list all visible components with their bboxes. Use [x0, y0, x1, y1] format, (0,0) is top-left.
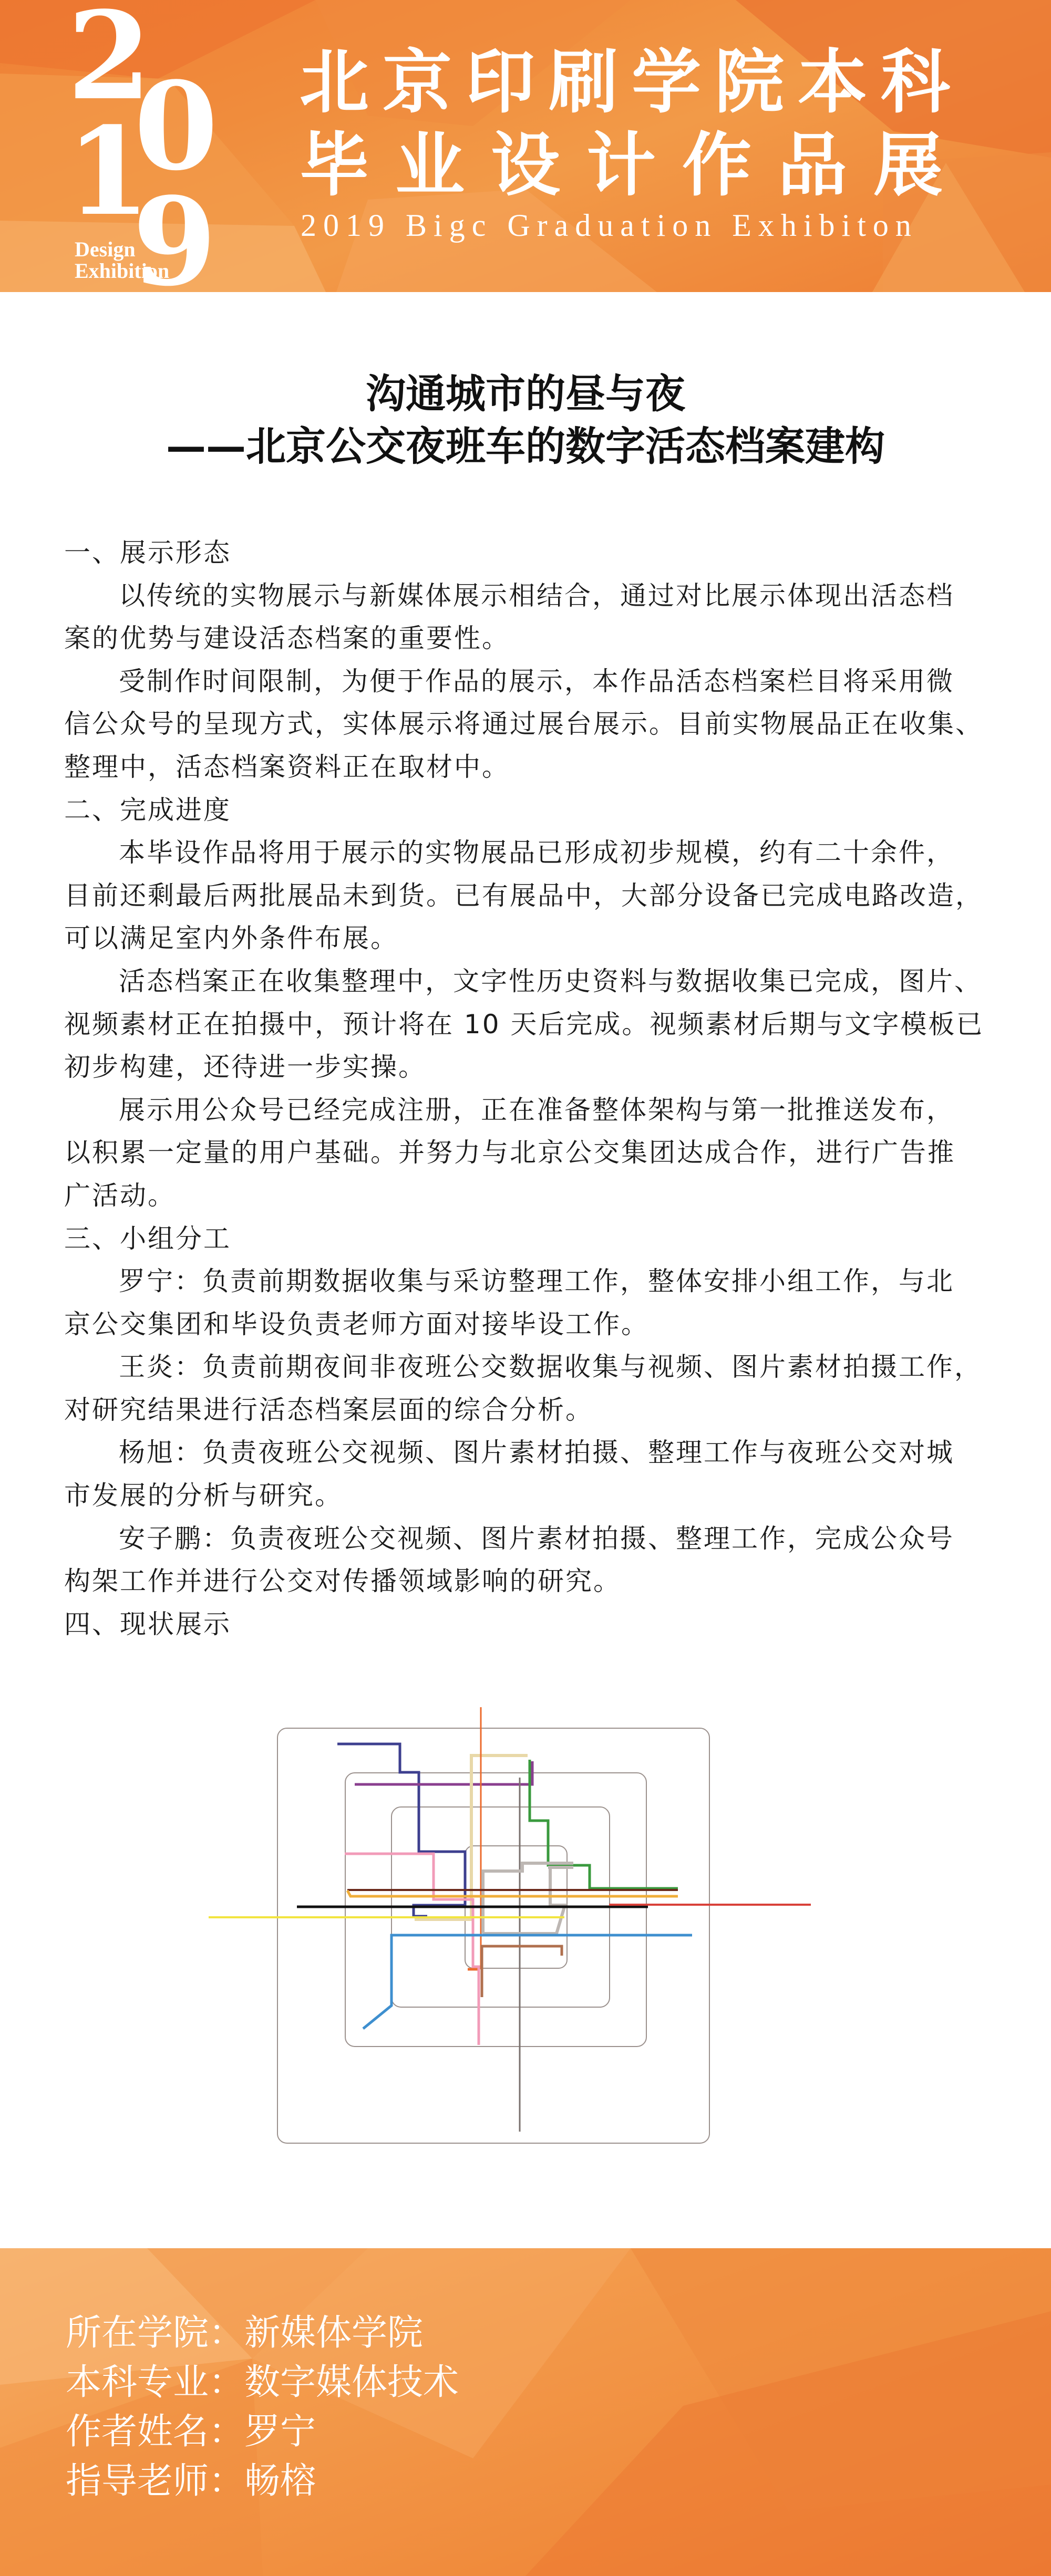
paragraph-line: 安子鹏：负责夜班公交视频、图片素材拍摄、整理工作，完成公众号 — [64, 1518, 1000, 1561]
ring-road-4 — [465, 1846, 567, 1968]
section-heading: 四、现状展示 — [64, 1603, 1000, 1646]
green-line — [530, 1760, 678, 1888]
blue-line — [363, 1935, 692, 2029]
paragraph-line: 目前还剩最后两批展品未到货。已有展品中，大部分设备已完成电路改造， — [64, 875, 1000, 918]
paragraph-line: 受制作时间限制，为便于作品的展示，本作品活态档案栏目将采用微 — [64, 660, 1000, 703]
exhibition-title-line1: 北京印刷学院本科 — [300, 43, 964, 122]
lightgray-loop-line — [483, 1863, 573, 1934]
beige-line — [415, 1756, 528, 1919]
lightgray-loop-line-2 — [483, 1867, 565, 1934]
paragraph-line: 京公交集团和毕设负责老师方面对接毕设工作。 — [64, 1303, 1000, 1346]
section-heading: 二、完成进度 — [64, 789, 1000, 832]
ring-road-3 — [391, 1807, 610, 2007]
paragraph-line: 展示用公众号已经完成注册，正在准备整体架构与第一批推送发布， — [64, 1089, 1000, 1132]
paragraph-line: 案的优势与建设活态档案的重要性。 — [64, 617, 1000, 660]
paragraph-line: 活态档案正在收集整理中，文字性历史资料与数据收集已完成，图片、 — [64, 960, 1000, 1003]
advisor-info: 指导老师：畅榕 — [66, 2457, 459, 2506]
paragraph-line: 以积累一定量的用户基础。并努力与北京公交集团达成合作，进行广告推 — [64, 1131, 1000, 1175]
paragraph-line: 市发展的分析与研究。 — [64, 1474, 1000, 1518]
paragraph-line: 对研究结果进行活态档案层面的综合分析。 — [64, 1389, 1000, 1432]
paragraph-line: 以传统的实物展示与新媒体展示相结合，通过对比展示体现出活态档 — [64, 575, 1000, 618]
project-title-line1: 沟通城市的昼与夜 — [0, 368, 1051, 420]
exhibition-title-line2: 毕业设计作品展 — [300, 126, 969, 205]
navy-line — [337, 1744, 465, 1916]
ring-road-2 — [345, 1773, 646, 2047]
college-info: 所在学院：新媒体学院 — [66, 2309, 459, 2358]
paragraph-line: 可以满足室内外条件布展。 — [64, 917, 1000, 960]
paragraph-line: 杨旭：负责夜班公交视频、图片素材拍摄、整理工作与夜班公交对城 — [64, 1431, 1000, 1474]
major-info: 本科专业：数字媒体技术 — [66, 2358, 459, 2407]
project-title-line2: ——北京公交夜班车的数字活态档案建构 — [0, 420, 1051, 473]
exhibition-title-english: 2019 Bigc Graduation Exhibiton — [301, 208, 918, 243]
paragraph-line: 整理中，活态档案资料正在取材中。 — [64, 746, 1000, 789]
exhibition-label: Exhibition — [75, 261, 169, 282]
sienna-line — [482, 1946, 562, 1997]
header-banner: 2 0 1 9 Design Exhibition 北京印刷学院本科 毕业设计作… — [0, 0, 1051, 292]
author-name-info: 作者姓名：罗宁 — [66, 2407, 459, 2457]
amber-line — [347, 1891, 678, 1896]
design-label: Design — [75, 239, 136, 260]
section-heading: 一、展示形态 — [64, 532, 1000, 575]
section-heading: 三、小组分工 — [64, 1218, 1000, 1261]
paragraph-line: 罗宁：负责前期数据收集与采访整理工作，整体安排小组工作，与北 — [64, 1260, 1000, 1303]
pink-line — [345, 1854, 479, 2045]
ring-road-1 — [277, 1728, 709, 2143]
paragraph-line: 视频素材正在拍摄中，预计将在 10 天后完成。视频素材后期与文字模板已 — [64, 1003, 1000, 1046]
author-info: 所在学院：新媒体学院 本科专业：数字媒体技术 作者姓名：罗宁 指导老师：畅榕 — [66, 2309, 459, 2506]
paragraph-line: 初步构建，还待进一步实操。 — [64, 1046, 1000, 1089]
body-content: 一、展示形态以传统的实物展示与新媒体展示相结合，通过对比展示体现出活态档案的优势… — [64, 532, 1000, 1646]
paragraph-line: 本毕设作品将用于展示的实物展品已形成初步规模，约有二十余件， — [64, 832, 1000, 875]
paragraph-line: 广活动。 — [64, 1175, 1000, 1218]
paragraph-line: 王炎：负责前期夜间非夜班公交数据收集与视频、图片素材拍摄工作， — [64, 1346, 1000, 1389]
paragraph-line: 构架工作并进行公交对传播领域影响的研究。 — [64, 1560, 1000, 1603]
paragraph-line: 信公众号的呈现方式，实体展示将通过展台展示。目前实物展品正在收集、 — [64, 703, 1000, 746]
purple-line — [355, 1761, 532, 1784]
